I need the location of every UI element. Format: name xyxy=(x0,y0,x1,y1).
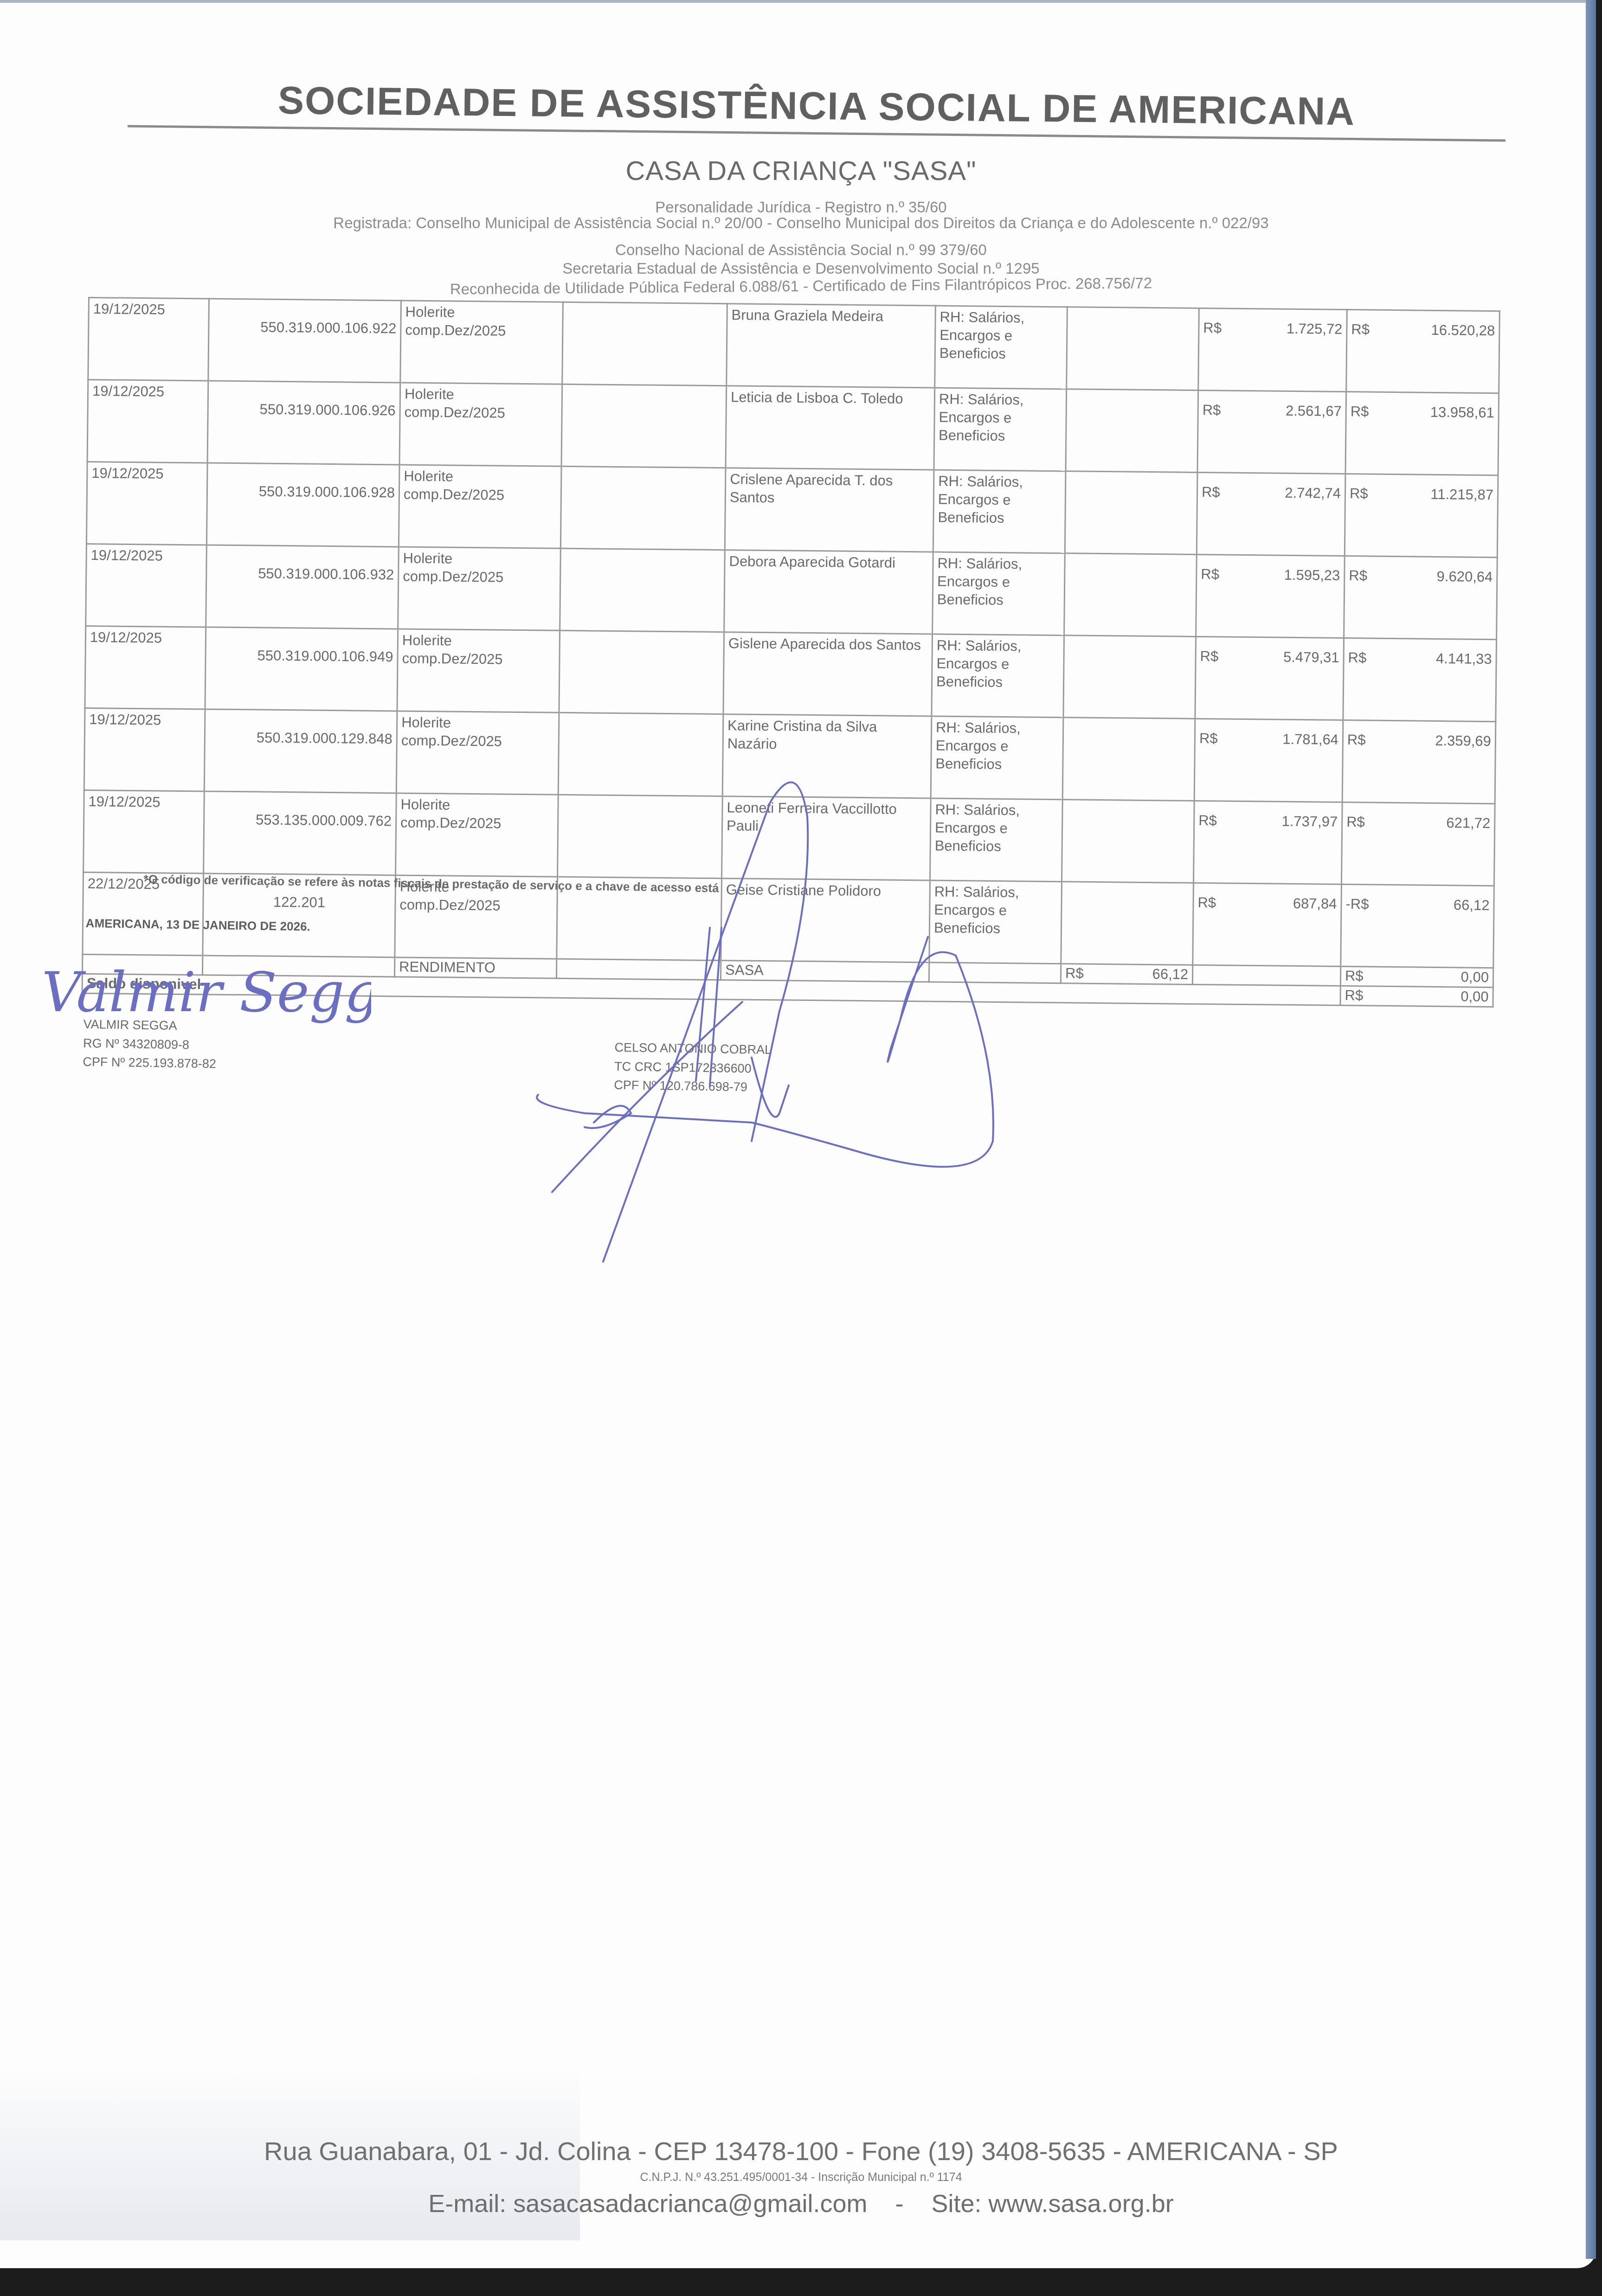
cell-verification-code: 550.319.000.129.848 xyxy=(204,709,397,793)
cell-date: 19/12/2025 xyxy=(86,462,207,545)
table-row: 19/12/2025550.319.000.106.949Holerite co… xyxy=(85,626,1497,721)
cell-expense: R$5.479,31 xyxy=(1195,636,1344,720)
currency: R$ xyxy=(1201,565,1219,584)
cell-verification-code: 550.319.000.106.932 xyxy=(206,545,399,629)
cell-payee: Bruna Graziela Medeira xyxy=(727,304,936,388)
cell-blank xyxy=(558,795,723,878)
cell-document: Holerite comp.Dez/2025 xyxy=(397,629,560,712)
cell-category: RH: Salários, Encargos e Beneficios xyxy=(932,634,1064,718)
cell-payee: Karine Cristina da Silva Nazário xyxy=(722,714,932,798)
cell-income xyxy=(1062,718,1195,801)
cell-payee: Debora Aparecida Gotardi xyxy=(724,550,933,634)
currency: R$ xyxy=(1200,648,1218,666)
cell-balance: R$9.620,64 xyxy=(1344,556,1498,640)
amount: 4.141,33 xyxy=(1436,650,1492,668)
cell-payee: Geise Cristiane Polidoro xyxy=(721,879,930,962)
signatory-celso: CELSO ANTONIO COBRAL TC CRC 1SP172336600… xyxy=(614,1038,772,1097)
cell-expense: R$1.595,23 xyxy=(1196,554,1345,638)
cell-category: RH: Salários, Encargos e Beneficios xyxy=(933,552,1065,635)
cell-category: RH: Salários, Encargos e Beneficios xyxy=(929,880,1062,964)
cell-expense: R$687,84 xyxy=(1193,883,1342,966)
money-value: R$13.958,61 xyxy=(1351,403,1494,422)
amount: 1.737,97 xyxy=(1281,813,1338,831)
cell-blank xyxy=(559,630,724,714)
currency: R$ xyxy=(1349,567,1367,585)
cell-income xyxy=(1067,307,1199,391)
cell-income xyxy=(1063,635,1196,719)
page-top-edge xyxy=(0,0,1586,3)
cell-document: Holerite comp.Dez/2025 xyxy=(396,793,559,877)
cell-balance: R$621,72 xyxy=(1341,802,1495,885)
cell-balance: R$4.141,33 xyxy=(1343,638,1497,722)
table-row: 19/12/2025550.319.000.106.932Holerite co… xyxy=(86,544,1498,639)
amount: 1.595,23 xyxy=(1284,566,1340,585)
cell-date: 19/12/2025 xyxy=(86,544,207,627)
registration-line: Conselho Nacional de Assistência Social … xyxy=(0,241,1602,259)
currency: R$ xyxy=(1351,321,1370,339)
money-value: R$2.359,69 xyxy=(1347,731,1491,750)
money-value: R$1.595,23 xyxy=(1201,565,1340,585)
cell-payee: Gislene Aparecida dos Santos xyxy=(723,632,933,716)
money-value: R$0,00 xyxy=(1345,987,1488,1006)
money-value: R$1.737,97 xyxy=(1198,812,1338,831)
money-value: R$687,84 xyxy=(1197,894,1337,913)
cell-expense: R$1.737,97 xyxy=(1193,801,1342,884)
amount: 1.781,64 xyxy=(1282,731,1338,749)
money-value: R$1.725,72 xyxy=(1203,319,1342,339)
amount: 66,12 xyxy=(1152,965,1188,983)
cell-document: RENDIMENTO xyxy=(394,957,556,978)
cell-balance: R$0,00 xyxy=(1340,966,1493,987)
expense-table: 19/12/2025550.319.000.106.922Holerite co… xyxy=(82,297,1500,1007)
cell-blank xyxy=(561,384,727,468)
currency: R$ xyxy=(1199,730,1218,748)
money-value: R$66,12 xyxy=(1065,964,1188,983)
cell-payee: SASA xyxy=(721,961,929,982)
amount: 621,72 xyxy=(1446,814,1490,833)
money-value: R$2.561,67 xyxy=(1203,401,1342,421)
cell-balance: R$13.958,61 xyxy=(1345,392,1499,475)
money-value: R$621,72 xyxy=(1346,813,1490,833)
cell-expense: R$2.742,74 xyxy=(1197,472,1345,556)
cell-balance: R$16.520,28 xyxy=(1346,310,1500,393)
cell-income xyxy=(1065,471,1197,555)
money-value: R$11.215,87 xyxy=(1350,485,1493,504)
cell-income: R$66,12 xyxy=(1061,964,1192,984)
cell-blank xyxy=(562,302,727,385)
organization-subtitle: CASA DA CRIANÇA "SASA" xyxy=(0,155,1602,186)
table-row: 19/12/2025550.319.000.106.922Holerite co… xyxy=(88,298,1500,393)
signatory-name: CELSO ANTONIO COBRAL xyxy=(614,1038,772,1059)
cell-category: RH: Salários, Encargos e Beneficios xyxy=(934,388,1067,471)
currency: R$ xyxy=(1203,319,1222,337)
amount: 9.620,64 xyxy=(1436,568,1493,586)
cell-date: 19/12/2025 xyxy=(84,790,205,873)
cell-income xyxy=(1062,800,1194,883)
money-value: -R$66,12 xyxy=(1345,895,1489,915)
cell-document: Holerite comp.Dez/2025 xyxy=(400,301,563,384)
amount: 687,84 xyxy=(1293,895,1337,913)
money-value: R$0,00 xyxy=(1345,967,1489,987)
currency: R$ xyxy=(1202,483,1220,501)
currency: R$ xyxy=(1203,401,1221,419)
registration-line: Registrada: Conselho Municipal de Assist… xyxy=(0,214,1602,232)
cell-expense: R$2.561,67 xyxy=(1197,390,1346,474)
cell-category: RH: Salários, Encargos e Beneficios xyxy=(935,306,1068,389)
money-value: R$2.742,74 xyxy=(1202,483,1341,503)
cell-expense xyxy=(1192,965,1340,986)
currency: R$ xyxy=(1345,987,1363,1005)
document-page: SOCIEDADE DE ASSISTÊNCIA SOCIAL DE AMERI… xyxy=(0,0,1596,2268)
table-row: 19/12/2025550.319.000.106.928Holerite co… xyxy=(86,462,1498,557)
cell-income xyxy=(1064,553,1197,637)
amount: 16.520,28 xyxy=(1431,321,1495,340)
currency: R$ xyxy=(1347,731,1366,749)
amount: 2.742,74 xyxy=(1285,484,1341,503)
cell-date: 19/12/2025 xyxy=(85,626,206,709)
amount: 2.359,69 xyxy=(1435,732,1491,750)
table-row: 19/12/2025550.319.000.129.848Holerite co… xyxy=(84,708,1496,803)
cell-verification-code: 550.319.000.106.922 xyxy=(208,299,401,383)
registration-line: Personalidade Jurídica - Registro n.º 35… xyxy=(0,199,1602,216)
money-value: R$16.520,28 xyxy=(1351,321,1495,340)
cell-document: Holerite comp.Dez/2025 xyxy=(398,547,561,630)
cell-verification-code xyxy=(202,956,394,977)
cell-verification-code: 550.319.000.106.928 xyxy=(206,463,399,547)
signatory-cpf: CPF Nº 120.786.698-79 xyxy=(614,1076,771,1097)
cell-category: RH: Salários, Encargos e Beneficios xyxy=(930,798,1063,882)
amount: 13.958,61 xyxy=(1430,404,1494,422)
currency: R$ xyxy=(1351,403,1369,421)
cell-date: 19/12/2025 xyxy=(87,380,208,463)
cell-document: Holerite comp.Dez/2025 xyxy=(396,711,559,795)
cell-verification-code: 550.319.000.106.949 xyxy=(205,627,398,711)
cell-date xyxy=(82,954,202,975)
cell-category: RH: Salários, Encargos e Beneficios xyxy=(931,716,1063,800)
cell-balance: R$2.359,69 xyxy=(1342,720,1496,804)
amount: 66,12 xyxy=(1454,896,1490,914)
amount: 2.561,67 xyxy=(1286,402,1342,421)
money-value: R$1.781,64 xyxy=(1199,730,1338,749)
currency: R$ xyxy=(1350,485,1368,503)
cell-expense: R$1.725,72 xyxy=(1198,308,1347,391)
amount: 1.725,72 xyxy=(1287,320,1343,339)
money-value: R$5.479,31 xyxy=(1200,648,1339,667)
cell-balance: -R$66,12 xyxy=(1341,884,1494,968)
amount: 5.479,31 xyxy=(1283,648,1339,667)
currency: R$ xyxy=(1197,894,1216,912)
cell-payee: Leticia de Lisboa C. Toledo xyxy=(726,386,935,470)
currency: R$ xyxy=(1348,649,1366,667)
cell-blank xyxy=(558,712,723,796)
cell-balance: R$0,00 xyxy=(1340,986,1493,1007)
amount: 11.215,87 xyxy=(1430,486,1493,504)
cell-payee: Crislene Aparecida T. dos Santos xyxy=(725,468,934,552)
cell-balance: R$11.215,87 xyxy=(1345,474,1498,558)
money-value: R$9.620,64 xyxy=(1349,567,1493,586)
currency: R$ xyxy=(1345,967,1364,985)
footer-address: Rua Guanabara, 01 - Jd. Colina - CEP 134… xyxy=(0,2136,1602,2166)
signatory-name: VALMIR SEGGA xyxy=(83,1015,217,1036)
cell-income xyxy=(1066,389,1198,473)
footer-contact: E-mail: sasacasadacrianca@gmail.com - Si… xyxy=(0,2189,1602,2218)
cell-expense: R$1.781,64 xyxy=(1194,718,1343,802)
signatory-crc: TC CRC 1SP172336600 xyxy=(614,1057,772,1078)
currency: -R$ xyxy=(1345,895,1369,913)
cell-blank xyxy=(560,548,725,632)
cell-date: 19/12/2025 xyxy=(88,298,209,381)
signatory-rg: RG Nº 34320809-8 xyxy=(83,1033,217,1054)
cell-date: 19/12/2025 xyxy=(84,708,205,791)
amount: 0,00 xyxy=(1460,988,1489,1006)
page-right-edge xyxy=(1586,0,1596,2259)
currency: R$ xyxy=(1065,964,1084,982)
footer-cnpj: C.N.P.J. N.º 43.251.495/0001-34 - Inscri… xyxy=(0,2171,1602,2184)
cell-document: Holerite comp.Dez/2025 xyxy=(399,383,562,466)
table-row: 19/12/2025553.135.000.009.762Holerite co… xyxy=(84,790,1495,885)
cell-verification-code: 553.135.000.009.762 xyxy=(204,791,397,875)
cell-category xyxy=(929,962,1061,983)
amount: 0,00 xyxy=(1461,968,1489,986)
currency: R$ xyxy=(1346,813,1365,831)
signatory-valmir: VALMIR SEGGA RG Nº 34320809-8 CPF Nº 225… xyxy=(83,1015,217,1073)
table-row: 19/12/2025550.319.000.106.926Holerite co… xyxy=(87,380,1499,475)
cell-payee: Leoneti Ferreira Vaccillotto Pauli xyxy=(722,796,931,880)
cell-document: Holerite comp.Dez/2025 xyxy=(399,465,561,548)
cell-blank xyxy=(556,959,721,980)
money-value: R$4.141,33 xyxy=(1348,649,1492,668)
cell-category: RH: Salários, Encargos e Beneficios xyxy=(933,470,1066,553)
cell-blank xyxy=(560,466,726,550)
signatory-cpf: CPF Nº 225.193.878-82 xyxy=(83,1052,216,1073)
currency: R$ xyxy=(1198,812,1217,830)
cell-income xyxy=(1061,882,1194,965)
cell-verification-code: 550.319.000.106.926 xyxy=(207,381,400,465)
